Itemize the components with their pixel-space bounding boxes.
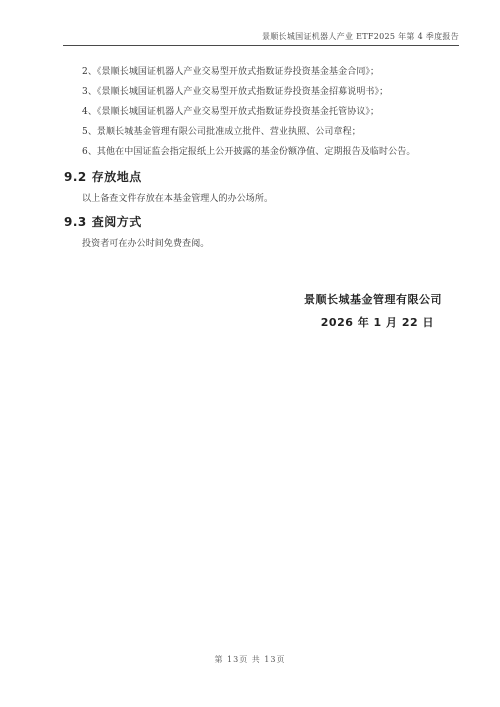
- section-body-9-2: 以上备查文件存放在本基金管理人的办公场所。: [82, 191, 273, 204]
- doc-list-item-4: 4、《景顺长城国证机器人产业交易型开放式指数证券投资基金托管协议》；: [82, 104, 379, 117]
- report-header-title: 景顺长城国证机器人产业 ETF2025 年第 4 季度报告: [262, 31, 459, 42]
- page-number-footer: 第 13页 共 13页: [0, 654, 500, 665]
- report-page: 景顺长城国证机器人产业 ETF2025 年第 4 季度报告 2、《景顺长城国证机…: [0, 0, 500, 707]
- doc-list-item-2: 2、《景顺长城国证机器人产业交易型开放式指数证券投资基金基金合同》；: [82, 64, 379, 77]
- section-number: 9.2: [64, 170, 87, 184]
- section-title: 存放地点: [92, 170, 142, 184]
- section-title: 查阅方式: [92, 215, 142, 229]
- signature-date: 2026 年 1 月 22 日: [321, 314, 434, 330]
- doc-list-item-3: 3、《景顺长城国证机器人产业交易型开放式指数证券投资基金招募说明书》；: [82, 84, 388, 97]
- doc-list-item-5: 5、景顺长城基金管理有限公司批准成立批件、营业执照、公司章程；: [82, 124, 361, 137]
- signature-company-name: 景顺长城基金管理有限公司: [304, 291, 442, 307]
- doc-list-item-6: 6、其他在中国证监会指定报纸上公开披露的基金份额净值、定期报告及临时公告。: [82, 144, 415, 157]
- section-heading-9-2: 9.2存放地点: [64, 168, 142, 185]
- section-body-9-3: 投资者可在办公时间免费查阅。: [82, 236, 209, 249]
- section-number: 9.3: [64, 215, 87, 229]
- header-divider-rule: [63, 45, 459, 46]
- section-heading-9-3: 9.3查阅方式: [64, 213, 142, 230]
